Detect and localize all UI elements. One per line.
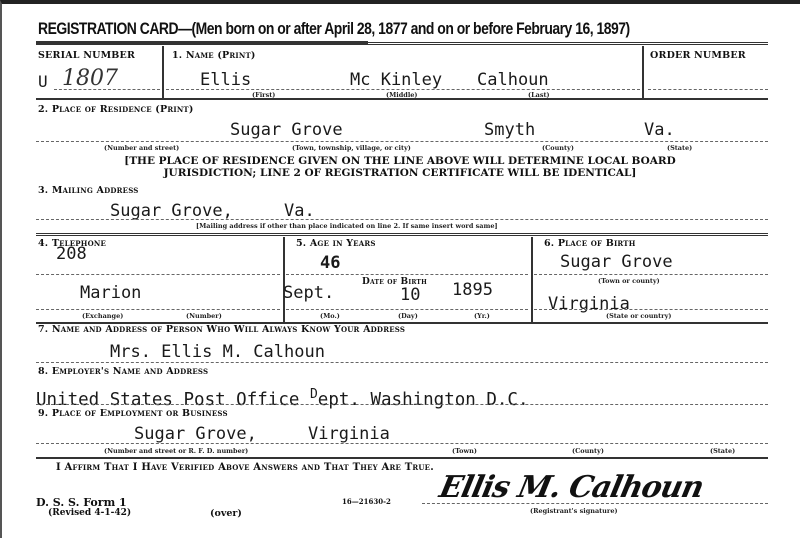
- residence-town: Sugar Grove: [230, 120, 343, 140]
- residence-state: Va.: [644, 120, 675, 140]
- employment-street-sublabel: (Number and street or R. F. D. number): [104, 447, 248, 455]
- birthplace-state: Virginia: [548, 294, 630, 314]
- employment-county-sublabel: (County): [572, 447, 604, 455]
- birth-day-sublabel: (Day): [398, 312, 418, 320]
- signature-label: (Registrant's signature): [530, 507, 618, 515]
- contact-value: Mrs. Ellis M. Calhoun: [110, 342, 325, 362]
- employer-address: ept. Washington D.C.: [318, 390, 529, 410]
- telephone-number: 208: [56, 244, 87, 264]
- telephone-number-sublabel: (Number): [186, 312, 222, 320]
- divider: [531, 237, 533, 323]
- birthplace-town-sublabel: (Town or county): [598, 277, 660, 285]
- employer-label: 8. Employer's Name and Address: [38, 366, 208, 377]
- employer-name: United States Post Office: [36, 390, 299, 410]
- birth-year-sublabel: (Yr.): [474, 312, 490, 320]
- residence-county: Smyth: [484, 120, 535, 140]
- over-indicator: (over): [210, 508, 242, 519]
- residence-town-sublabel: (Town, township, village, or city): [292, 144, 411, 152]
- serial-prefix: U: [38, 72, 48, 91]
- employment-place-label: 9. Place of Employment or Business: [38, 408, 228, 419]
- card-title: REGISTRATION CARD—(Men born on or after …: [38, 19, 630, 39]
- divider: [162, 46, 164, 98]
- mailing-address-note: [Mailing address if other than place ind…: [196, 222, 498, 230]
- registrant-signature: Ellis M. Calhoun: [436, 470, 706, 505]
- card-title-eligibility: —(Men born on or after April 28, 1877 an…: [178, 19, 630, 38]
- residence-street-sublabel: (Number and street): [104, 144, 179, 152]
- employment-town-sublabel: (Town): [452, 447, 477, 455]
- divider: [642, 46, 644, 98]
- row-rule: [36, 98, 768, 100]
- telephone-exchange-sublabel: (Exchange): [82, 312, 123, 320]
- name-last: Calhoun: [477, 70, 549, 90]
- birth-day: 10: [400, 285, 420, 305]
- serial-number-value: 1807: [62, 66, 118, 91]
- serial-number-label: SERIAL NUMBER: [38, 50, 135, 61]
- birth-month-sublabel: (Mo.): [320, 312, 340, 320]
- employer-value: United States Post Office Dept. Washingt…: [36, 387, 529, 410]
- age-value: 46: [320, 253, 340, 273]
- telephone-exchange: Marion: [80, 283, 141, 303]
- birth-year: 1895: [452, 280, 493, 300]
- residence-county-sublabel: (County): [542, 144, 574, 152]
- birthplace-state-sublabel: (State or country): [606, 312, 671, 320]
- residence-state-sublabel: (State): [667, 144, 692, 152]
- mailing-address-value: Sugar Grove, Va.: [110, 201, 315, 221]
- employment-place-value: Sugar Grove, Virginia: [134, 424, 390, 444]
- name-first: Ellis: [200, 70, 251, 90]
- birth-month: Sept.: [283, 283, 334, 303]
- name-label: 1. Name (Print): [172, 50, 256, 61]
- order-number-label: ORDER NUMBER: [650, 50, 746, 61]
- age-label: 5. Age in Years: [296, 238, 376, 249]
- birthplace-label: 6. Place of Birth: [544, 238, 636, 249]
- contact-label: 7. Name and Address of Person Who Will A…: [38, 324, 405, 335]
- row-rule: [36, 233, 768, 236]
- affirmation-text: I Affirm That I Have Verified Above Answ…: [56, 462, 434, 473]
- employment-state-sublabel: (State): [710, 447, 735, 455]
- print-code: 16—21630-2: [342, 497, 391, 506]
- name-middle: Mc Kinley: [350, 70, 442, 90]
- divider: [283, 237, 285, 323]
- mailing-address-label: 3. Mailing Address: [38, 185, 139, 196]
- card-title-main: REGISTRATION CARD: [38, 19, 178, 38]
- jurisdiction-notice: [THE PLACE OF RESIDENCE GIVEN ON THE LIN…: [0, 155, 800, 179]
- row-rule: [36, 457, 768, 459]
- residence-label: 2. Place of Residence (Print): [38, 104, 194, 115]
- birthplace-town: Sugar Grove: [560, 252, 673, 272]
- form-revision: (Revised 4-1-42): [48, 508, 131, 518]
